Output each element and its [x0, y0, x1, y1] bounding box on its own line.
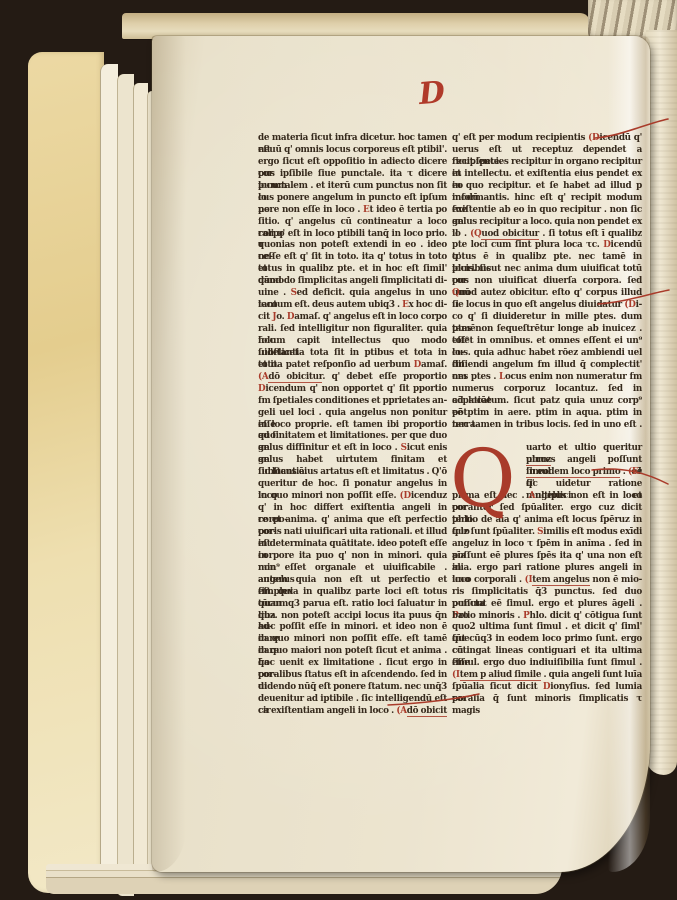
text-line: totus in qualibz pte. et in hoc eſt ſimi… [258, 264, 447, 276]
text-line: de materia ſicut infra dicetur. hoc tame… [258, 133, 447, 145]
text-line: tantum eſt. deus autem ubiq3 . Ex hoc di… [258, 300, 447, 312]
text-line: poris nati uiuificari uita rationali. et… [258, 527, 447, 539]
text-line: ptes non ſequeſtrētur longe ab inuicez .… [452, 324, 642, 336]
text-line: et ita patet reſponſio ad uerbum Damaſ. [258, 360, 447, 372]
text-line: ſic locus eius artatus eſt et limitatus … [258, 467, 447, 479]
text-line: numerus corporuz locantuz. ſed in cōpati… [452, 384, 642, 396]
text-column-left: de materia ſicut infra dicetur. hoc tame… [258, 133, 447, 718]
text-line: huc poſſit eſſe in minori. et ideo non ē… [258, 622, 447, 634]
under-page-edge-2 [117, 74, 134, 896]
text-line: ſimul. ergo duo indiuiſibilia ſunt ſimul… [452, 658, 642, 670]
text-line: Dicendum q' non opportet q' ſit pportio [258, 384, 447, 396]
text-line: ergo ſicut eſt oppoſitio in adiecto dice… [258, 157, 447, 169]
text-line: uerus eſt ut receptuz dependet a recipie… [452, 145, 642, 157]
text-line: informantis. hinc eſt q' recipit modum ſ… [452, 193, 642, 205]
under-page-edge-3 [133, 83, 148, 894]
text-line: corpore ita puo q' non in minori. quia m… [258, 551, 447, 563]
text-line: alia. ergo pari ratione plures angeli in… [452, 563, 642, 575]
text-line: ſolum capit intellectus quo modo uidelic… [258, 336, 447, 348]
text-line: nere non eſſe in loco . Et ideo ē tertia… [258, 205, 447, 217]
text-line: pus ipſibile ſiue punctale. ita τ dicere… [258, 169, 447, 181]
text-line: finiendi angelum fm illud q̄ complectit'… [452, 360, 642, 372]
text-line: cōtingat lineas contiguari et ita ultima… [452, 646, 642, 658]
text-line: gelus habet uirtutem finitam et ſubſtant… [258, 455, 447, 467]
margin-flourish-3 [590, 460, 670, 490]
text-line: punctalem . et iterū cum punctus non ſit… [258, 181, 447, 193]
under-page-edge-1 [100, 64, 118, 893]
text-line: tūcumq3 parua eſt. ratio loci ſaluatur i… [258, 599, 447, 611]
text-line: (Item p aliud ſimile . quia angeli ſunt … [452, 670, 642, 682]
parchment-cover-edge [28, 52, 104, 893]
text-line: ſclz ſunt ſpūaliter. Similis eſt modus e… [452, 527, 642, 539]
text-line: rali q' eſt in loco ptibili tanq̄ in loc… [258, 229, 447, 241]
text-line: in quo maiori non poteſt ſicut et anima … [258, 646, 447, 658]
text-line: fm ſpetiales conditiones et pprietates a… [258, 396, 447, 408]
text-line: in loco proprie. eſt tamen ibi proportio… [258, 420, 447, 432]
text-line: locis. ſicut nec anima dum uiuificat tot… [452, 264, 642, 276]
text-line: co q' ſi diuideretur in mille ptes. dum … [452, 312, 642, 324]
text-line: ſitio. q' angelus cū contineatur a loco … [258, 217, 447, 229]
text-line: (Adō obicitur. q' debet eſſe proportio [258, 372, 447, 384]
text-line: dāmodo ſimplicitas angeli ſimplicitati d… [258, 276, 447, 288]
text-line: ad finitatem et limitationes. per que du… [258, 431, 447, 443]
text-line: in intellectu. et exiſtentia eius pendet… [452, 169, 642, 181]
text-line: eē ptim in aere. ptim in aqua. ptim in t… [452, 408, 642, 420]
text-line: non eſſet organale et uiuificabile . ang… [258, 563, 447, 575]
text-line: ſicut ſpecies recipitur in organo recipi… [452, 157, 642, 169]
text-line: poſſunt eē ſimul. ergo et plures āgeli .… [452, 599, 642, 611]
text-line: re et anima. q' anima que eſt perfectio … [258, 515, 447, 527]
text-line: in quo recipitur. et ſe habet ad illud p… [452, 181, 642, 193]
text-line: libz. non poteſt accipi locus ita puus q… [258, 611, 447, 623]
drop-cap-initial: Q [450, 438, 526, 524]
text-line: exiſtentie ab eo in quo recipitur . non … [452, 205, 642, 217]
text-line: geli uel loci . quia angelus non ponitur… [258, 408, 447, 420]
book-photo: D de materia ſicut infra dicetur. hoc ta… [0, 0, 677, 900]
text-line: in determinata quātitate. ideo poteſt eſ… [258, 539, 447, 551]
text-line: quecūq3 in eodem loco primo ſunt. ergo c… [452, 634, 642, 646]
gutter-shadow [152, 36, 186, 872]
text-line: lo . (Quod obicitur . ſi totus eſt ī qua… [452, 229, 642, 241]
text-line: angeluz in loco τ ſpēm in anīma . ſed in… [452, 539, 642, 551]
text-line: hoc uenit ex limitatione . ſicut ergo in… [258, 658, 447, 670]
text-line: nes ptes . Locus enim non numeratur fm [452, 372, 642, 384]
text-line: batio minoris . Phlo. dicit q' cōtigua ſ… [452, 611, 642, 623]
text-line: rali. ſed intelligitur non figuraliter. … [258, 324, 447, 336]
text-line: cus. quia adhuc habet rōez ambiendi uel … [452, 348, 642, 360]
text-line: cus ponere angelum in puncto eſt ipſum p… [258, 193, 447, 205]
text-line: eſſet in omnibus. et omnes eſſent ei un⁹… [452, 336, 642, 348]
text-line: uine . Sed deficit. quia angelus in uno … [258, 288, 447, 300]
text-line: quonias non poteſt extendi in eo . ideo … [258, 240, 447, 252]
text-column-right: q' eſt per modum recipientis (Dicendū q'… [452, 133, 642, 706]
text-line: neuū q' omnis locus corporeus eſt ptibil… [258, 145, 447, 157]
text-line: cit Jo. Damaſ. q' angelus eſt in loco co… [258, 312, 447, 324]
text-line: ſubſtantia tota ſit in ptibus et tota in… [258, 348, 447, 360]
text-line: ceſſe eſt q' ſit in toto. ita q' totus i… [258, 252, 447, 264]
margin-flourish-1 [593, 116, 671, 142]
text-line: totus ē in qualibz pte. nec tamē in plur… [452, 252, 642, 264]
text-line: eſt. quia in qualibz parte loci eſt totu… [258, 587, 447, 599]
text-line: in quo minori non poſſit eſſe. (Dicenduz [258, 491, 447, 503]
text-line: poralibus ſtatus eſt in aſcendendo. ſed … [258, 670, 447, 682]
margin-flourish-4 [386, 692, 482, 708]
text-line: ris ſimplicitatis q̄3 punctus. ſed duo p… [452, 587, 642, 599]
text-line: in quo minori non poſſit eſſe. eſt tamē … [258, 634, 447, 646]
text-line: gelus recipitur a loco. quia non pendet … [452, 217, 642, 229]
text-line: q' in hoc differt exiſtentia angeli in c… [258, 503, 447, 515]
text-line: ad locatum. ſicut patz quia unuz corp⁹ p… [452, 396, 642, 408]
folio-letter: D [408, 72, 455, 118]
text-line: autem quia non eſt ut perfectio et ſimpl… [258, 575, 447, 587]
text-line: nec tamen in tribus locis. ſed in uno eſ… [452, 420, 642, 432]
text-line: pte loci cum ſint plura loca τc. Dicendū… [452, 240, 642, 252]
text-line: loco corporali . (Item angelus non ē mio… [452, 575, 642, 587]
text-line: poſſunt eē plures ſpēs ita q' una non eſ… [452, 551, 642, 563]
text-line: queritur de hoc. ſi ponatur angelus in l… [258, 479, 447, 491]
text-line: gelus diffinitur et eſt in loco . Sicut … [258, 443, 447, 455]
margin-flourish-2 [596, 286, 672, 308]
text-line: quo2 ultima ſunt ſimul . et dicit q' ſim… [452, 622, 642, 634]
